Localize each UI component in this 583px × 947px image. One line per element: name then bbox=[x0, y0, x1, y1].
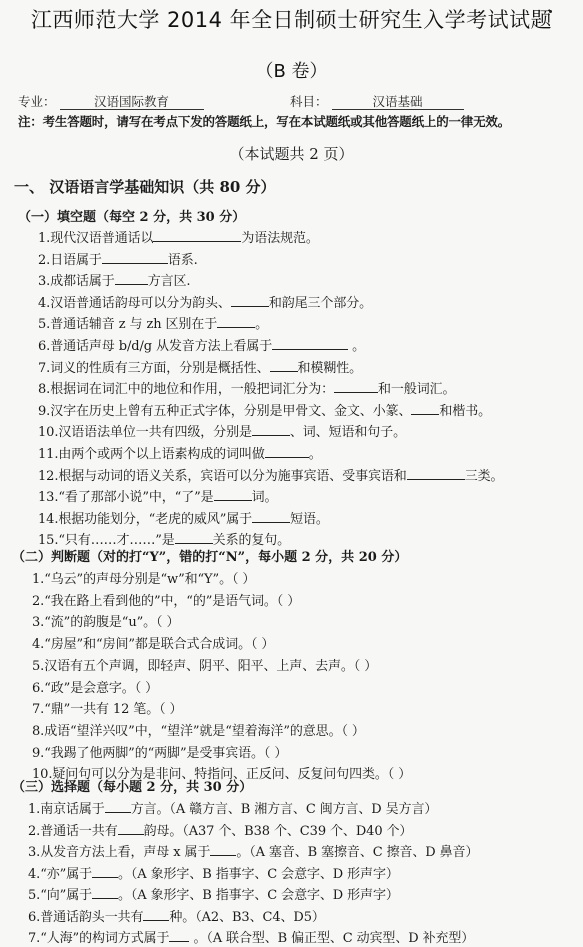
question-text: 。（A 联合型、B 偏正型、C 动宾型、D 补充型） bbox=[189, 931, 474, 946]
question-text: 三类。 bbox=[465, 469, 504, 484]
question-item: 3.“流”的韵腹是“u”。（ ） bbox=[32, 611, 179, 630]
question-text: 、词、短语和句子。 bbox=[290, 425, 406, 440]
question-text: 14.根据功能划分，“老虎的威风”属于 bbox=[38, 512, 252, 527]
answer-blank bbox=[169, 929, 189, 942]
question-text: 6.普通话韵头一共有 bbox=[28, 910, 143, 925]
answer-blank bbox=[92, 865, 118, 878]
question-item: 4.“房屋”和“房间”都是联合式合成词。（ ） bbox=[32, 633, 274, 652]
subsection-title: （三）选择题（每小题 2 分，共 30 分） bbox=[12, 776, 252, 795]
question-item: 5.普通话辅音 z 与 zh 区别在于。 bbox=[38, 313, 268, 332]
question-item: 14.根据功能划分，“老虎的威风”属于短语。 bbox=[38, 508, 329, 527]
question-text: 和韵尾三个部分。 bbox=[269, 296, 372, 311]
major-label: 专业： bbox=[18, 94, 56, 109]
answer-blank bbox=[175, 531, 213, 544]
subject-field: 科目： 汉语基础 bbox=[290, 92, 464, 110]
question-text: 2.日语属于 bbox=[38, 253, 102, 268]
question-text: 种。（A2、B3、C4、D5） bbox=[169, 910, 324, 925]
answer-blank bbox=[265, 445, 309, 458]
question-text: 8.根据词在词汇中的地位和作用，一般把词汇分为： bbox=[38, 382, 334, 397]
question-text: 5.普通话辅音 z 与 zh 区别在于 bbox=[38, 317, 217, 332]
question-text: 和一般词汇。 bbox=[378, 382, 455, 397]
page-count: （本试题共 2 页） bbox=[0, 143, 583, 164]
question-text: 。（A 塞音、B 塞擦音、C 擦音、D 鼻音） bbox=[236, 845, 478, 860]
question-text: 6.普通话声母 b/d/g 从发音方法上看属于 bbox=[38, 339, 272, 354]
answer-blank bbox=[231, 294, 269, 307]
question-item: 12.根据与动词的语义关系，宾语可以分为施事宾语、受事宾语和三类。 bbox=[38, 465, 503, 484]
question-item: 4.“亦”属于。（A 象形字、B 指事字、C 会意字、D 形声字） bbox=[28, 863, 399, 882]
answer-blank bbox=[115, 272, 148, 285]
question-text: 7.“人海”的构词方式属于 bbox=[28, 931, 169, 946]
answer-blank bbox=[105, 800, 131, 813]
question-text: 方言。（A 赣方言、B 湘方言、C 闽方言、D 吴方言） bbox=[131, 802, 438, 817]
question-item: 3.成都话属于方言区. bbox=[38, 270, 190, 289]
answer-blank bbox=[92, 886, 118, 899]
question-item: 2.“我在路上看到他的”中，“的”是语气词。（ ） bbox=[32, 590, 300, 609]
question-item: 8.根据词在词汇中的地位和作用，一般把词汇分为：和一般词汇。 bbox=[38, 378, 455, 397]
question-item: 7.“鼎”一共有 12 笔。（ ） bbox=[32, 698, 182, 717]
question-text: 3.成都话属于 bbox=[38, 274, 115, 289]
question-item: 7.词义的性质有三方面，分别是概括性、和模糊性。 bbox=[38, 357, 362, 376]
question-text: 短语。 bbox=[290, 512, 329, 527]
answer-blank bbox=[214, 488, 252, 501]
question-text: 和楷书。 bbox=[439, 404, 491, 419]
question-text: 4.“亦”属于 bbox=[28, 867, 92, 882]
subject-label: 科目： bbox=[290, 94, 328, 109]
answer-blank bbox=[118, 822, 144, 835]
answer-blank bbox=[334, 380, 378, 393]
question-text: 语系. bbox=[168, 253, 198, 268]
major-value: 汉语国际教育 bbox=[60, 95, 204, 110]
major-field: 专业： 汉语国际教育 bbox=[18, 92, 204, 110]
question-text: 韵母。（A37 个、B38 个、C39 个、D40 个） bbox=[144, 824, 413, 839]
question-item: 3.从发音方法上看，声母 x 属于。（A 塞音、B 塞擦音、C 擦音、D 鼻音） bbox=[28, 841, 478, 860]
answer-blank bbox=[153, 229, 241, 242]
question-item: 6.普通话韵头一共有种。（A2、B3、C4、D5） bbox=[28, 906, 325, 925]
question-text: 。 bbox=[309, 447, 322, 462]
question-text: 5.“向”属于 bbox=[28, 888, 92, 903]
question-item: 5.汉语有五个声调，即轻声、阴平、阳平、上声、去声。（ ） bbox=[32, 655, 377, 674]
question-text: 3.从发音方法上看，声母 x 属于 bbox=[28, 845, 210, 860]
question-text: 7.词义的性质有三方面，分别是概括性、 bbox=[38, 361, 270, 376]
answer-blank bbox=[252, 510, 290, 523]
question-text: 。 bbox=[255, 317, 268, 332]
question-text: 12.根据与动词的语义关系，宾语可以分为施事宾语、受事宾语和 bbox=[38, 469, 407, 484]
answer-blank bbox=[407, 467, 465, 480]
question-item: 9.汉字在历史上曾有五种正式字体，分别是甲骨文、金文、小篆、和楷书。 bbox=[38, 400, 491, 419]
question-text: 4.汉语普通话韵母可以分为韵头、 bbox=[38, 296, 231, 311]
question-item: 13.“看了那部小说”中，“了”是词。 bbox=[38, 486, 277, 505]
question-text: 1.南京话属于 bbox=[28, 802, 105, 817]
section-heading: 一、 汉语语言学基础知识（共 80 分） bbox=[14, 176, 276, 197]
question-item: 2.普通话一共有韵母。（A37 个、B38 个、C39 个、D40 个） bbox=[28, 820, 412, 839]
answer-blank bbox=[411, 402, 439, 415]
exam-notice: 注：考生答题时，请写在考点下发的答题纸上，写在本试题纸或其他答题纸上的一律无效。 bbox=[18, 112, 510, 130]
question-item: 1.现代汉语普通话以为语法规范。 bbox=[38, 227, 319, 246]
question-item: 1.南京话属于方言。（A 赣方言、B 湘方言、C 闽方言、D 吴方言） bbox=[28, 798, 437, 817]
question-text: 9.汉字在历史上曾有五种正式字体，分别是甲骨文、金文、小篆、 bbox=[38, 404, 411, 419]
subsection-title: （一）填空题（每空 2 分，共 30 分） bbox=[18, 206, 245, 225]
question-text: 13.“看了那部小说”中，“了”是 bbox=[38, 490, 214, 505]
exam-volume: （B 卷） bbox=[0, 57, 583, 83]
answer-blank bbox=[270, 359, 298, 372]
exam-title: 江西师范大学 2014 年全日制硕士研究生入学考试试题 bbox=[0, 4, 583, 34]
question-text: 。（A 象形字、B 指事字、C 会意字、D 形声字） bbox=[118, 867, 399, 882]
question-text: 。（A 象形字、B 指事字、C 会意字、D 形声字） bbox=[118, 888, 399, 903]
question-item: 5.“向”属于。（A 象形字、B 指事字、C 会意字、D 形声字） bbox=[28, 884, 399, 903]
question-item: 2.日语属于语系. bbox=[38, 249, 198, 268]
question-text: 。 bbox=[348, 339, 365, 354]
question-item: 4.汉语普通话韵母可以分为韵头、和韵尾三个部分。 bbox=[38, 292, 372, 311]
question-item: 11.由两个或两个以上语素构成的词叫做。 bbox=[38, 443, 322, 462]
question-text: 11.由两个或两个以上语素构成的词叫做 bbox=[38, 447, 265, 462]
answer-blank bbox=[143, 908, 169, 921]
answer-blank bbox=[217, 315, 255, 328]
question-item: 9.“我踢了他两脚”的“两脚”是受事宾语。（ ） bbox=[32, 742, 287, 761]
subject-value: 汉语基础 bbox=[332, 95, 464, 110]
answer-blank bbox=[252, 423, 290, 436]
answer-blank bbox=[102, 251, 168, 264]
question-item: 6.普通话声母 b/d/g 从发音方法上看属于 。 bbox=[38, 335, 365, 354]
subsection-title: （二）判断题（对的打“Y”，错的打“N”，每小题 2 分，共 20 分） bbox=[12, 546, 407, 565]
question-text: 为语法规范。 bbox=[241, 231, 318, 246]
question-item: 8.成语“望洋兴叹”中，“望洋”就是“望着海洋”的意思。（ ） bbox=[32, 720, 365, 739]
answer-blank bbox=[210, 843, 236, 856]
question-text: 1.现代汉语普通话以 bbox=[38, 231, 153, 246]
question-text: 2.普通话一共有 bbox=[28, 824, 118, 839]
question-text: 10.汉语语法单位一共有四级，分别是 bbox=[38, 425, 252, 440]
question-item: 10.汉语语法单位一共有四级，分别是、词、短语和句子。 bbox=[38, 421, 406, 440]
question-item: 1.“乌云”的声母分别是“w”和“Y”。（ ） bbox=[32, 568, 255, 587]
answer-blank bbox=[272, 337, 348, 350]
question-item: 7.“人海”的构词方式属于 。（A 联合型、B 偏正型、C 动宾型、D 补充型） bbox=[28, 927, 474, 946]
question-text: 词。 bbox=[252, 490, 278, 505]
question-text: 和模糊性。 bbox=[298, 361, 363, 376]
question-text: 方言区. bbox=[148, 274, 191, 289]
question-item: 6.“政”是会意字。（ ） bbox=[32, 677, 158, 696]
